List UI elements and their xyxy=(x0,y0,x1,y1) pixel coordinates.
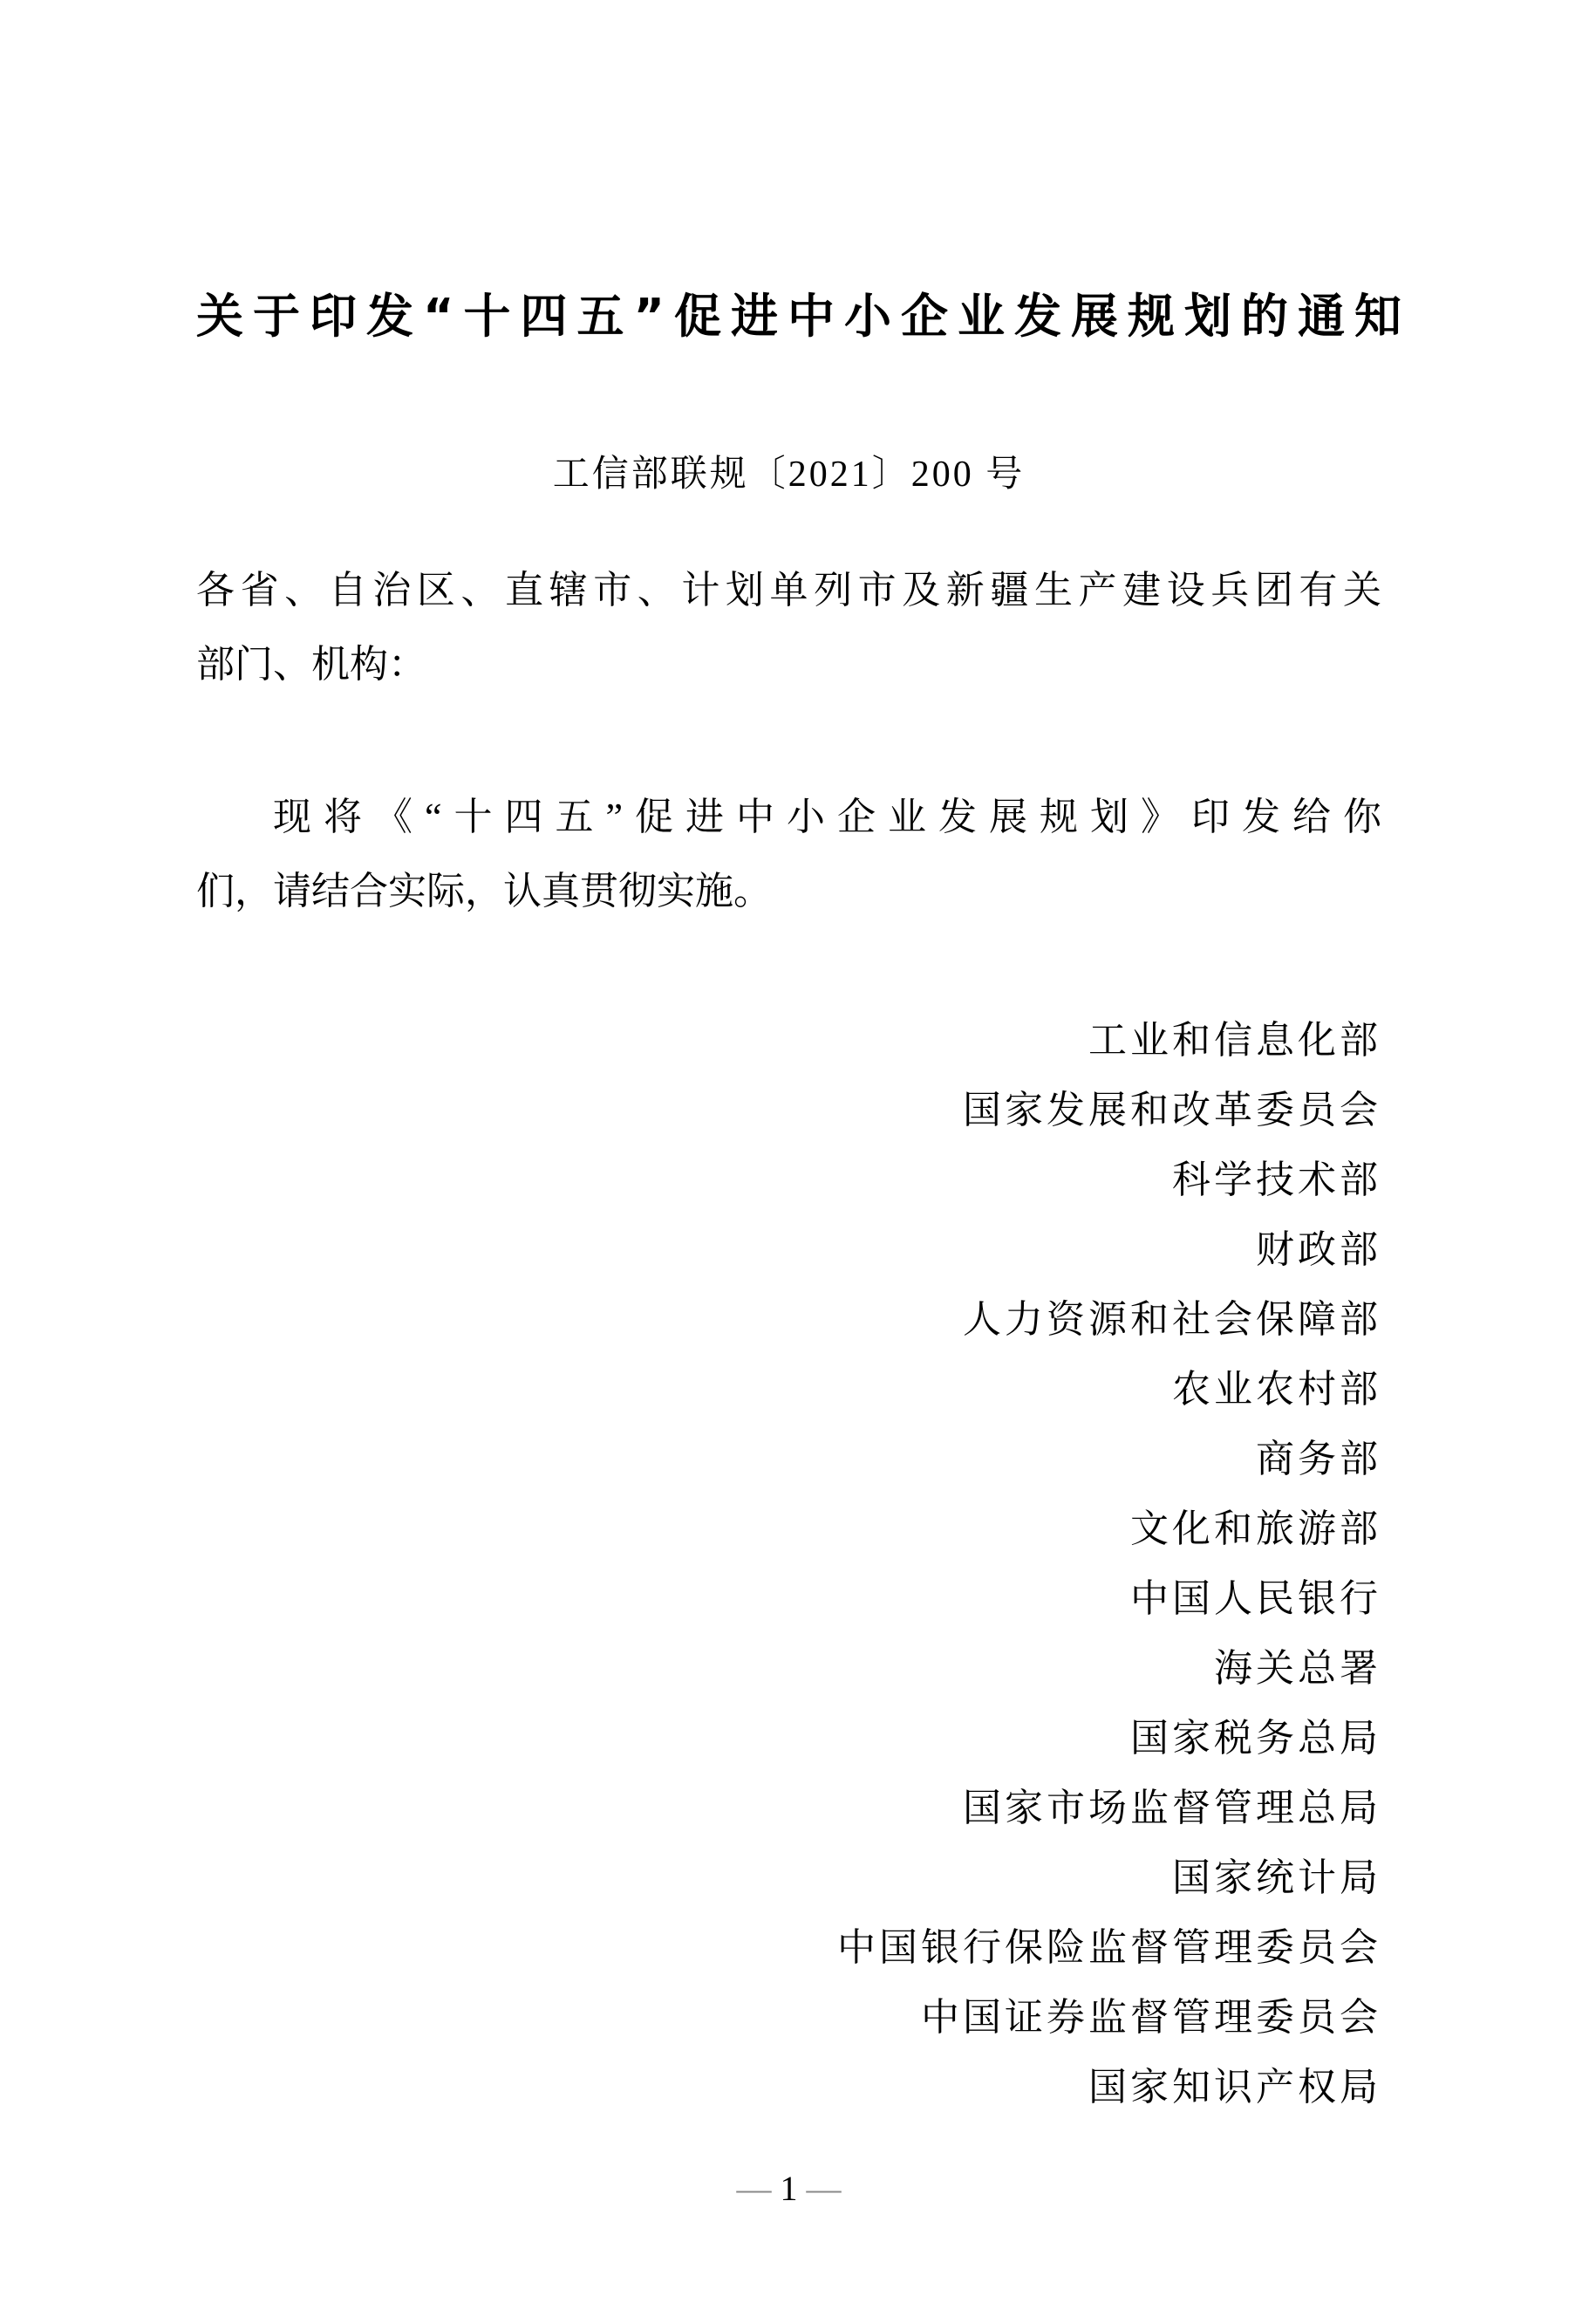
footer-dash-right: — xyxy=(807,2169,842,2208)
document-number: 工信部联规〔2021〕200 号 xyxy=(196,454,1381,496)
body-paragraph: 现将《“十四五”促进中小企业发展规划》印发给你 们，请结合实际，认真贯彻实施。 xyxy=(196,780,1381,928)
department-name: 科学技术部 xyxy=(196,1145,1381,1215)
department-name: 文化和旅游部 xyxy=(196,1494,1381,1564)
department-name: 国家税务总局 xyxy=(196,1704,1381,1774)
department-name: 国家统计局 xyxy=(196,1843,1381,1913)
department-name: 国家知识产权局 xyxy=(196,2053,1381,2122)
department-name: 中国银行保险监督管理委员会 xyxy=(196,1913,1381,1983)
department-name: 国家市场监督管理总局 xyxy=(196,1774,1381,1843)
issuing-departments: 工业和信息化部 国家发展和改革委员会 科学技术部 财政部 人力资源和社会保障部 … xyxy=(196,1006,1381,2122)
department-name: 工业和信息化部 xyxy=(196,1006,1381,1076)
department-name: 农业农村部 xyxy=(196,1355,1381,1425)
salutation-block: 各省、自治区、直辖市、计划单列市及新疆生产建设兵团有关 部门、机构： xyxy=(196,553,1381,701)
department-name: 财政部 xyxy=(196,1215,1381,1285)
document-page: 关于印发“十四五”促进中小企业发展规划的通知 工信部联规〔2021〕200 号 … xyxy=(0,0,1582,2324)
salutation-line: 各省、自治区、直辖市、计划单列市及新疆生产建设兵团有关 xyxy=(196,553,1381,627)
body-line: 们，请结合实际，认真贯彻实施。 xyxy=(196,854,1381,928)
department-name: 人力资源和社会保障部 xyxy=(196,1285,1381,1355)
page-number: 1 xyxy=(781,2169,798,2208)
salutation-line: 部门、机构： xyxy=(196,627,1381,701)
body-line: 现将《“十四五”促进中小企业发展规划》印发给你 xyxy=(196,780,1381,854)
document-title: 关于印发“十四五”促进中小企业发展规划的通知 xyxy=(196,292,1381,341)
department-name: 海关总署 xyxy=(196,1634,1381,1704)
department-name: 中国人民银行 xyxy=(196,1564,1381,1634)
page-footer: —1— xyxy=(196,2170,1381,2208)
footer-dash-left: — xyxy=(737,2169,772,2208)
department-name: 国家发展和改革委员会 xyxy=(196,1076,1381,1145)
department-name: 商务部 xyxy=(196,1425,1381,1494)
department-name: 中国证券监督管理委员会 xyxy=(196,1983,1381,2053)
